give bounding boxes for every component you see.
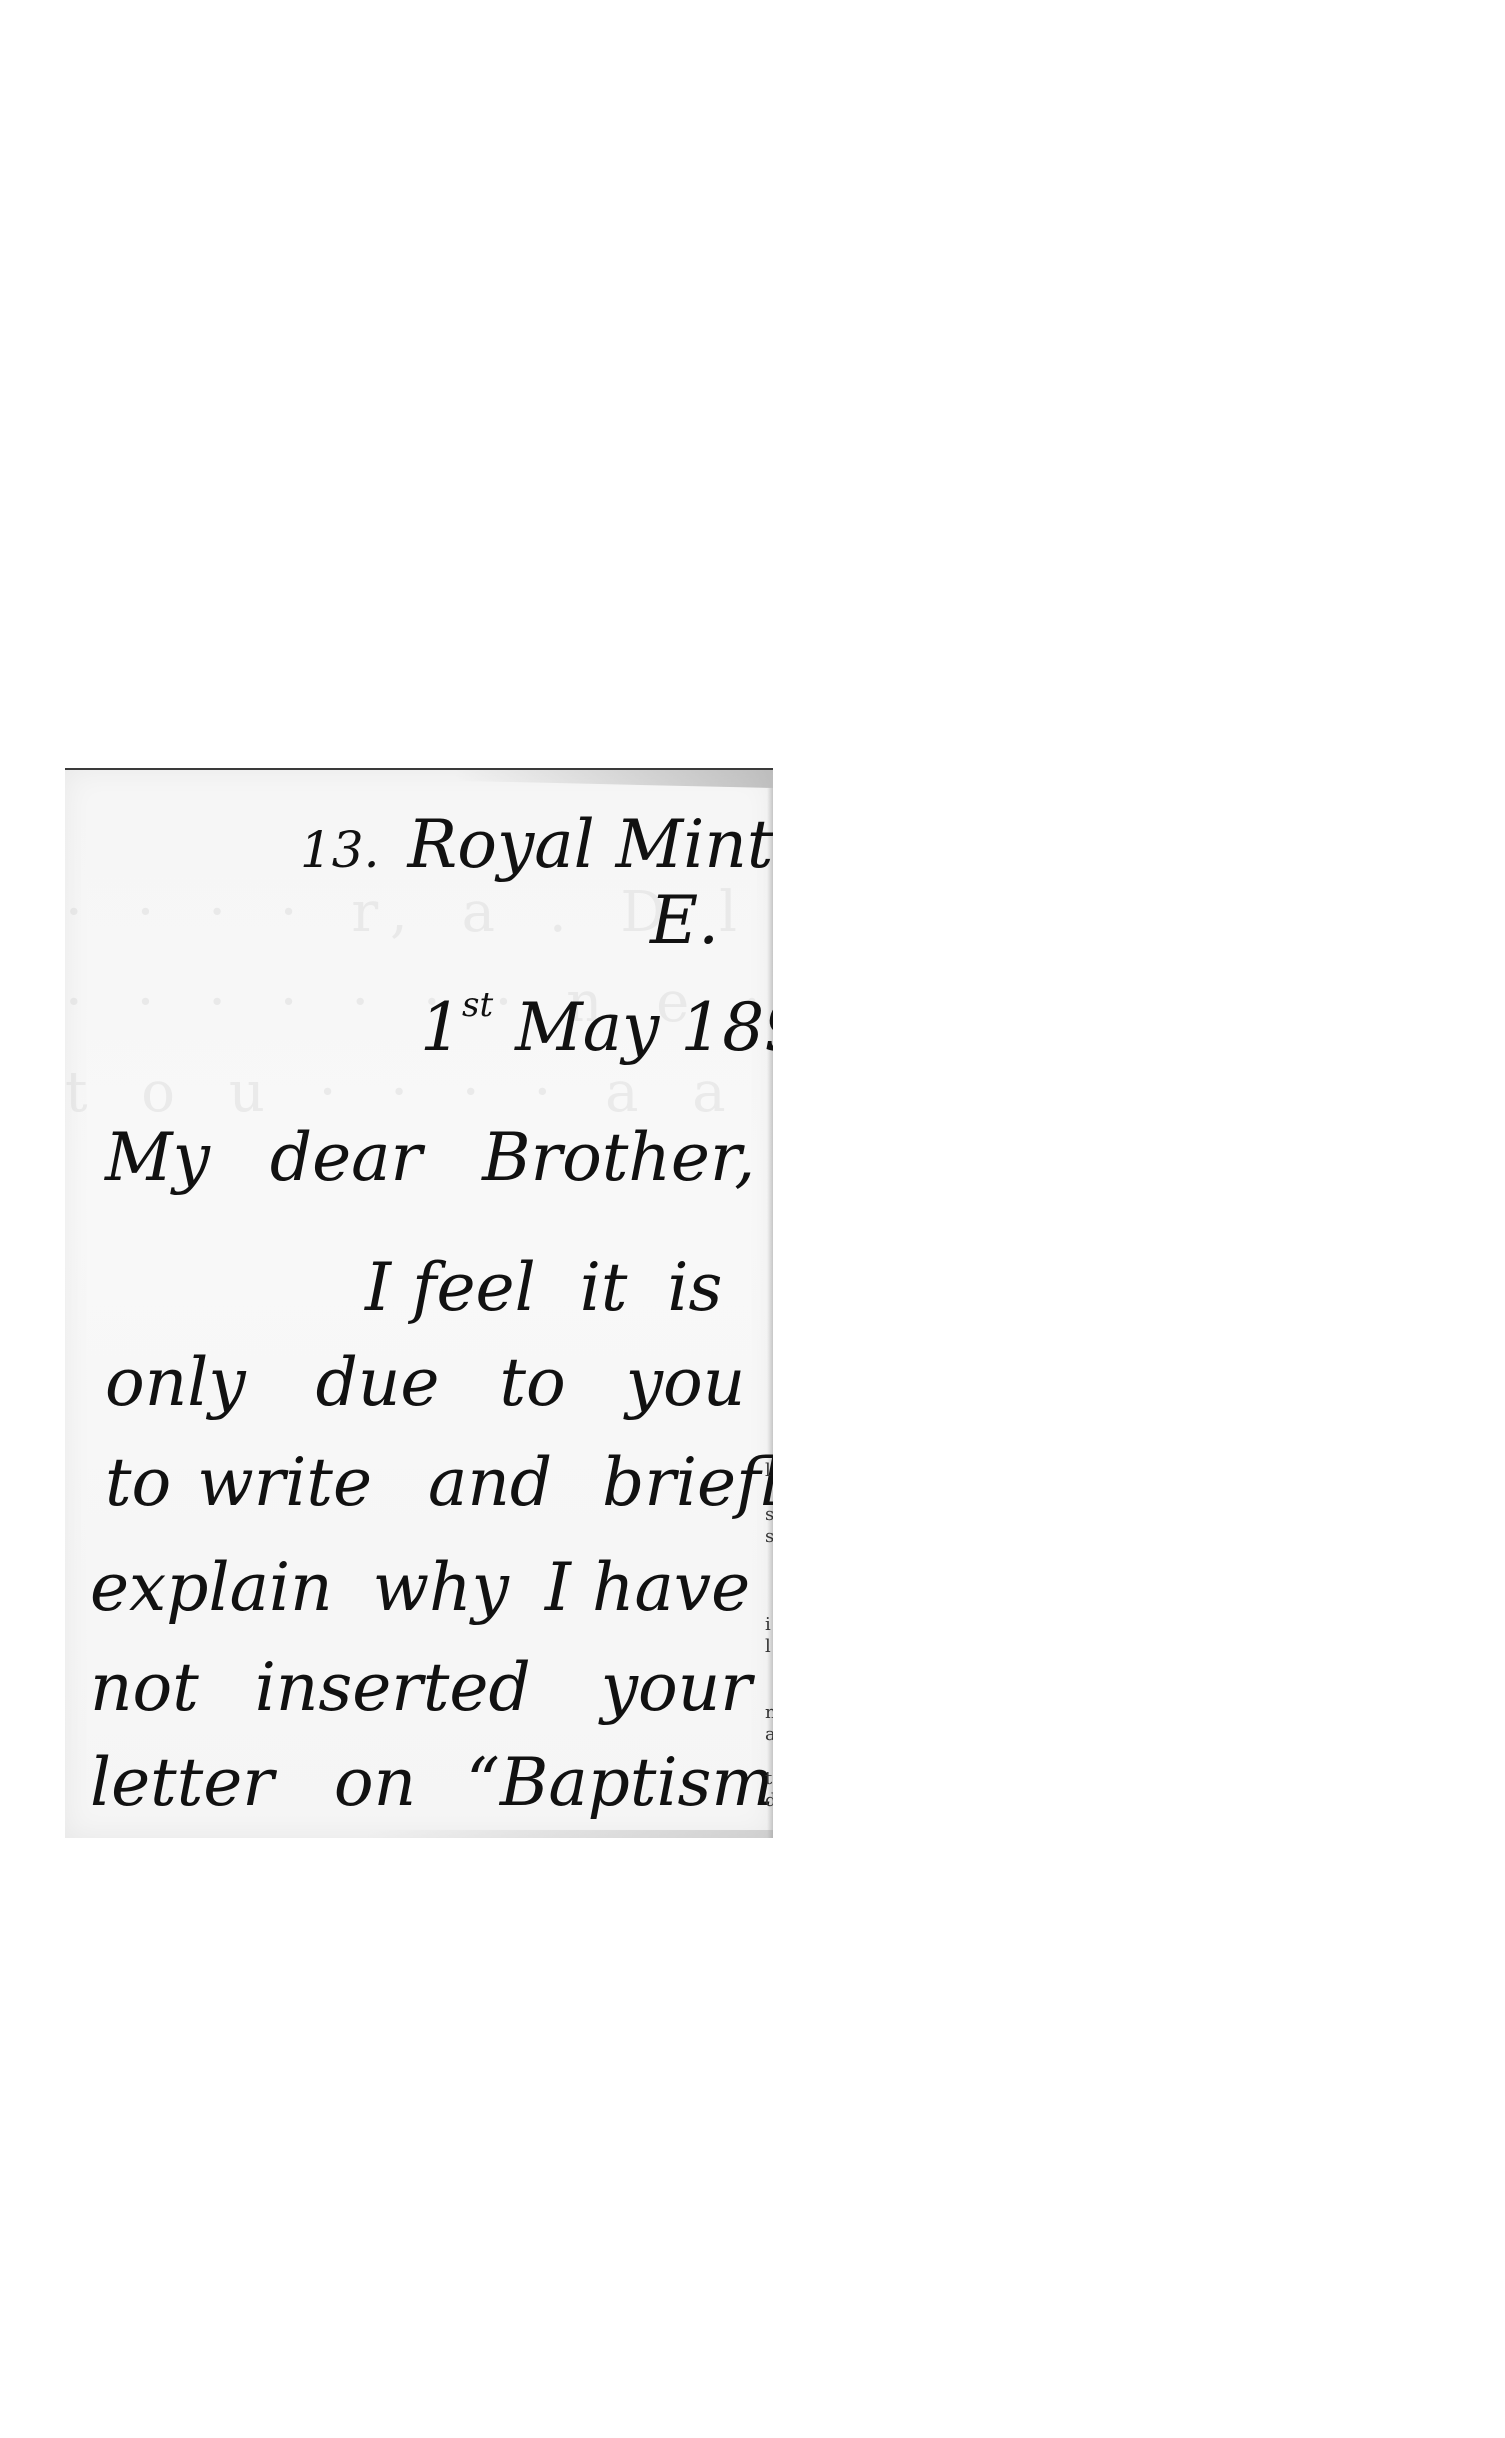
address-line: 13.Royal Mint (300, 812, 773, 878)
body-word: your (601, 1655, 752, 1721)
body-word: I feel (365, 1255, 536, 1321)
body-line: letteron“Baptism”. (90, 1750, 773, 1816)
letter-page: · · · · r, a . D l a · x k · p · · · · ·… (65, 768, 773, 1838)
body-word: to (105, 1450, 171, 1516)
salutation-word: My (105, 1125, 210, 1191)
address-number: 13. (300, 825, 380, 875)
body-word: and (428, 1450, 552, 1516)
body-word: inserted (255, 1655, 531, 1721)
date-month-year: May 1897. (515, 989, 773, 1066)
date-ordinal: st (462, 985, 493, 1025)
body-word: it (580, 1255, 628, 1321)
body-line: I feelitis (365, 1255, 722, 1321)
body-word: briefly (602, 1450, 773, 1516)
body-word: write (197, 1450, 372, 1516)
body-word: on (334, 1750, 416, 1816)
body-word: due (316, 1350, 440, 1416)
body-word: is (667, 1255, 722, 1321)
body-word: you (626, 1350, 746, 1416)
body-word: I have (545, 1555, 750, 1621)
adjacent-page-fragment: l s s i l n a t d (765, 1460, 773, 1812)
salutation-word: Brother, (482, 1125, 755, 1191)
address-street: Royal Mint (408, 812, 773, 878)
body-word: only (105, 1350, 246, 1416)
body-word: letter (90, 1750, 274, 1816)
scan-bottom-shadow (365, 1830, 773, 1838)
body-line: towriteandbriefly (105, 1450, 773, 1516)
body-word: not (90, 1655, 199, 1721)
address-postal: E. (650, 888, 719, 954)
body-word: explain (90, 1555, 333, 1621)
salutation: MydearBrother, (105, 1125, 755, 1191)
body-word: “Baptism”. (466, 1750, 773, 1816)
body-line: explainwhyI have (90, 1555, 750, 1621)
date-line: 1stMay 1897. (420, 988, 773, 1061)
show-through-text: t o u · · · · a a · · n a · (65, 1060, 773, 1125)
body-line: onlyduetoyou (105, 1350, 745, 1416)
body-word: why (373, 1555, 509, 1621)
date-day: 1 (420, 989, 462, 1066)
salutation-word: dear (270, 1125, 422, 1191)
body-line: notinsertedyour (90, 1655, 752, 1721)
body-word: to (499, 1350, 565, 1416)
